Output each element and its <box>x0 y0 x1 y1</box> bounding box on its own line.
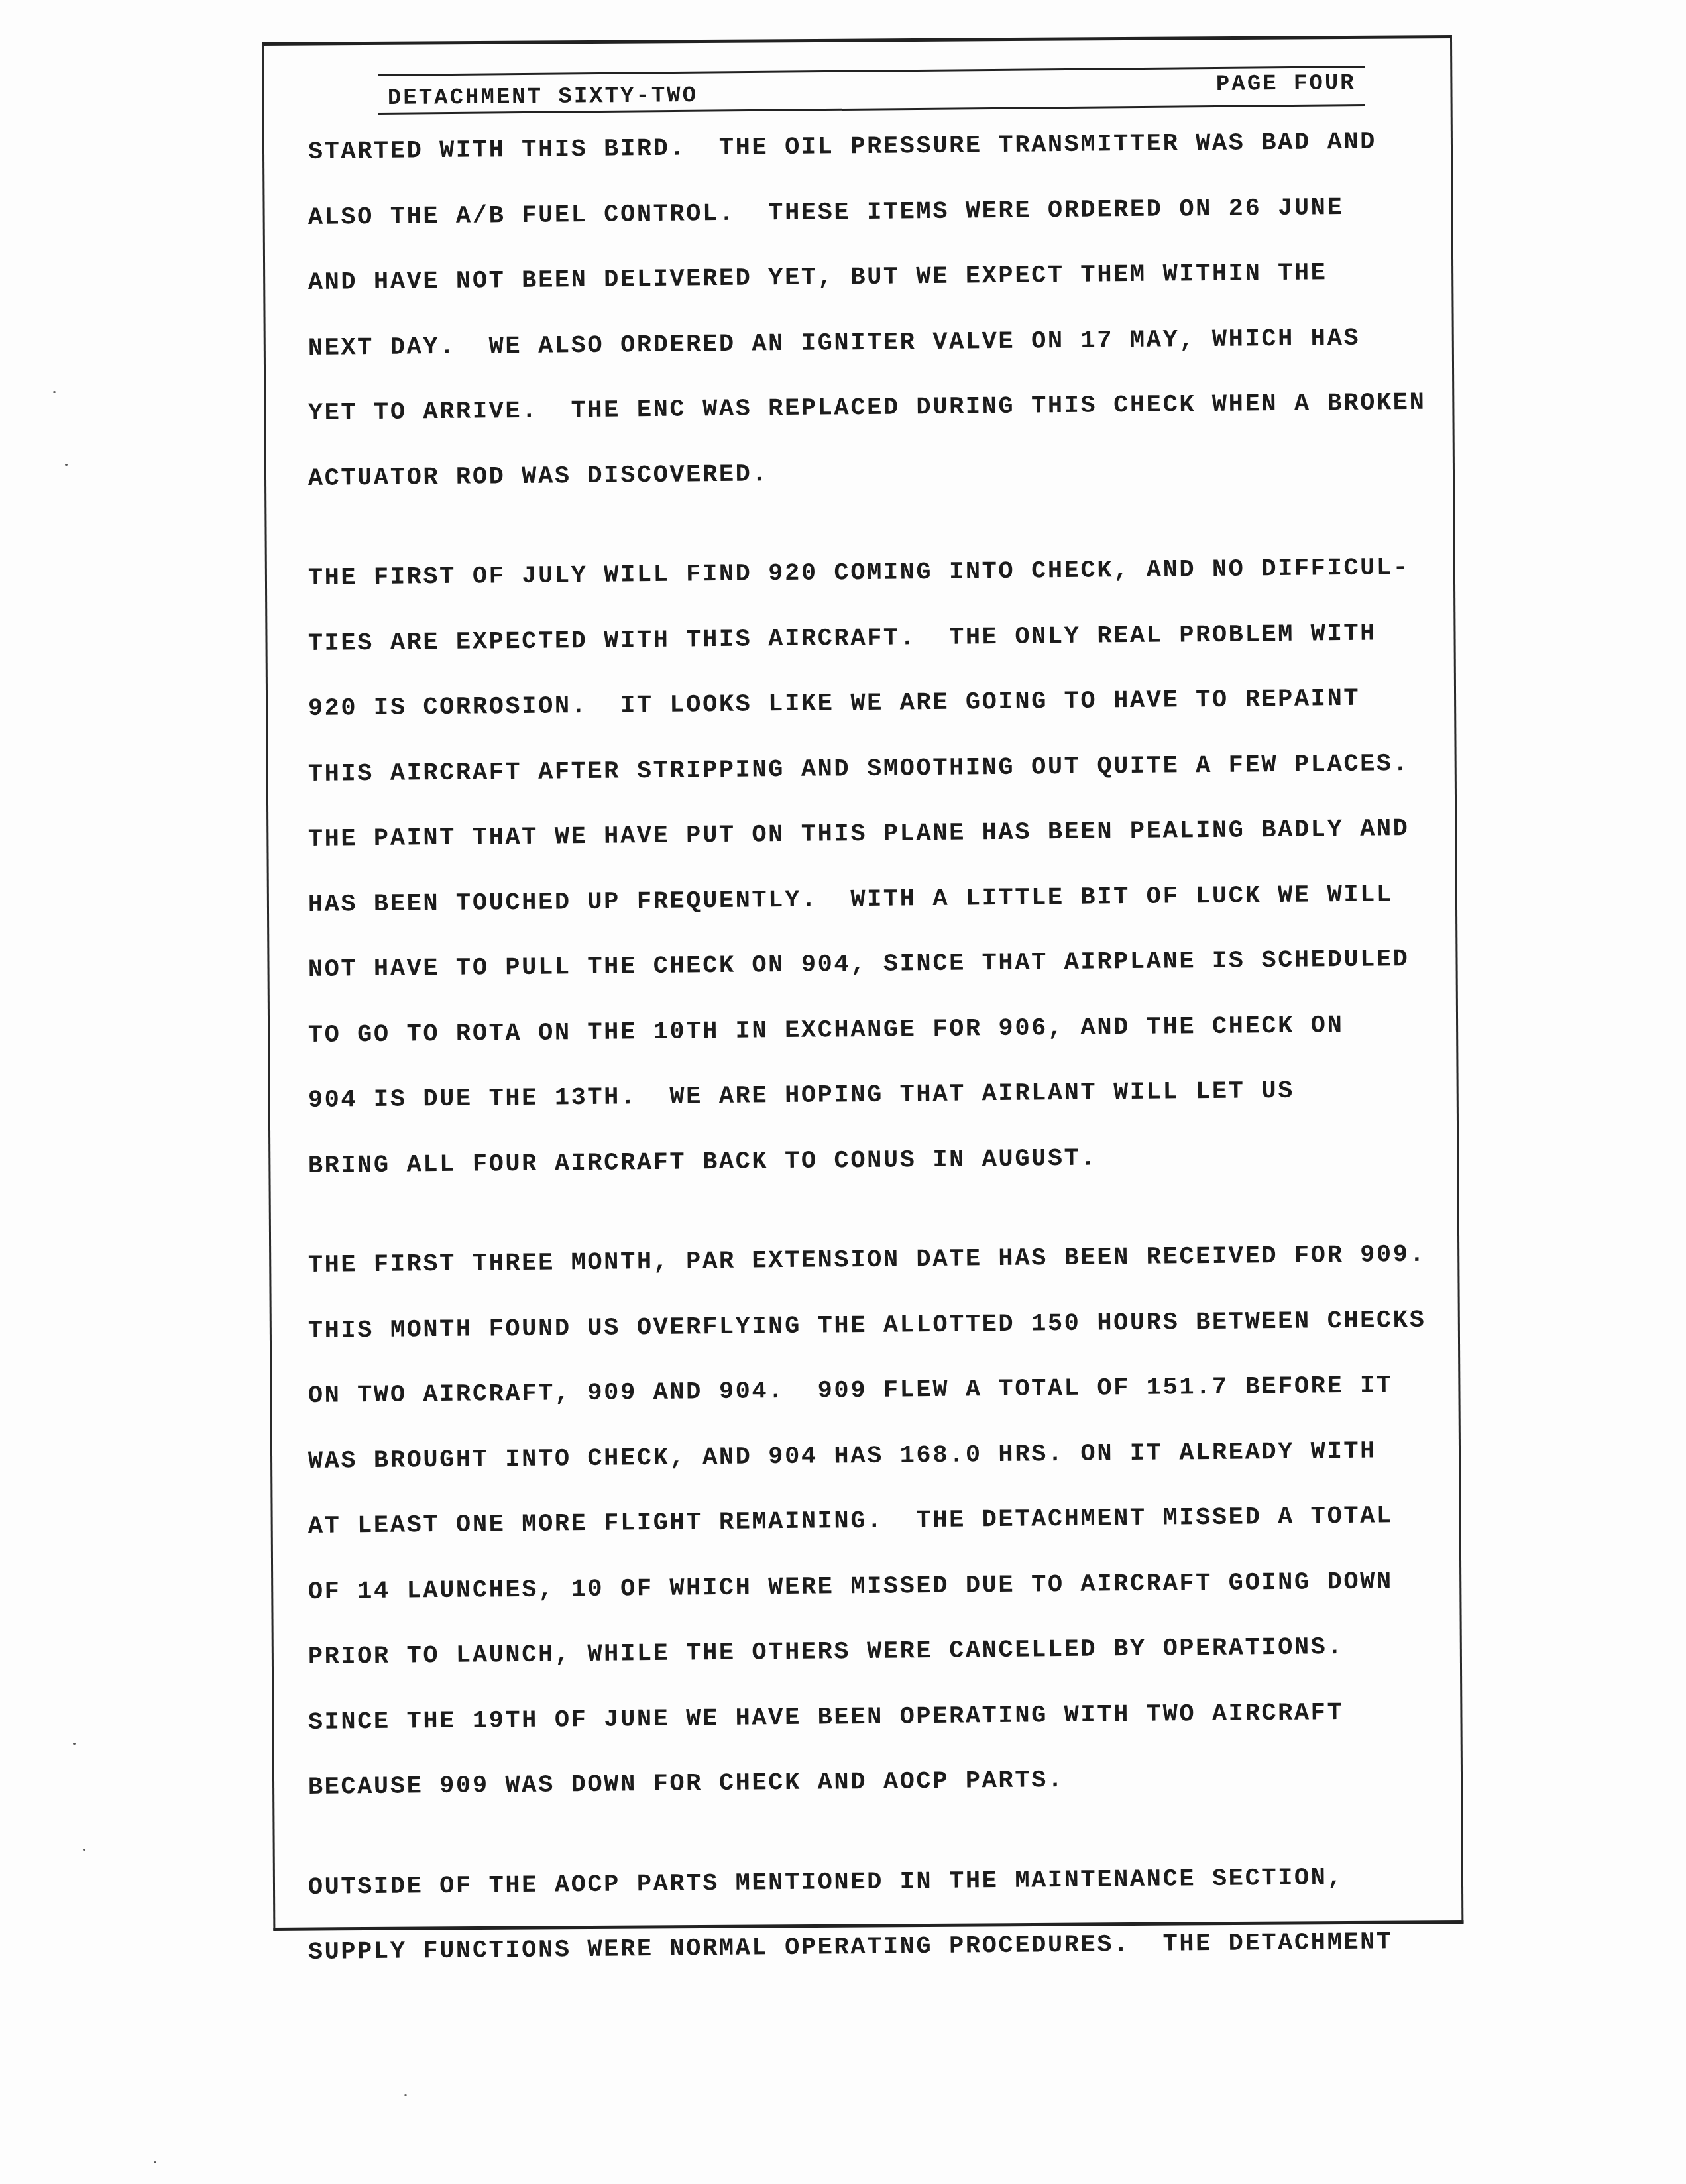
text-line: 920 IS CORROSION. IT LOOKS LIKE WE ARE G… <box>308 678 1449 754</box>
text-line: 904 IS DUE THE 13TH. WE ARE HOPING THAT … <box>308 1069 1449 1146</box>
scan-speck <box>154 2161 156 2163</box>
paragraph: THE FIRST THREE MONTH, PAR EXTENSION DAT… <box>308 1246 1448 1833</box>
running-header-title: DETACHMENT SIXTY-TWO <box>388 83 698 111</box>
text-line: HAS BEEN TOUCHED UP FREQUENTLY. WITH A L… <box>308 874 1449 950</box>
scan-speck <box>83 1849 85 1851</box>
text-line: THE PAINT THAT WE HAVE PUT ON THIS PLANE… <box>308 808 1449 885</box>
scan-speck <box>404 2094 407 2096</box>
text-line: THE FIRST THREE MONTH, PAR EXTENSION DAT… <box>308 1234 1449 1311</box>
text-line: AT LEAST ONE MORE FLIGHT REMAINING. THE … <box>308 1496 1449 1572</box>
text-line: THE FIRST OF JULY WILL FIND 920 COMING I… <box>308 547 1449 624</box>
text-line: TO GO TO ROTA ON THE 10TH IN EXCHANGE FO… <box>308 1005 1449 1081</box>
text-line: STARTED WITH THIS BIRD. THE OIL PRESSURE… <box>308 121 1449 197</box>
page-number-label: PAGE FOUR <box>1216 71 1356 97</box>
text-line: TIES ARE EXPECTED WITH THIS AIRCRAFT. TH… <box>308 613 1449 689</box>
scan-speck <box>73 1743 76 1745</box>
text-line: NOT HAVE TO PULL THE CHECK ON 904, SINCE… <box>308 939 1449 1015</box>
text-line: OF 14 LAUNCHES, 10 OF WHICH WERE MISSED … <box>308 1561 1449 1637</box>
text-line: SINCE THE 19TH OF JUNE WE HAVE BEEN OPER… <box>308 1692 1449 1768</box>
paragraph: STARTED WITH THIS BIRD. THE OIL PRESSURE… <box>308 133 1448 524</box>
text-line: THIS MONTH FOUND US OVERFLYING THE ALLOT… <box>308 1300 1449 1376</box>
text-line: PRIOR TO LAUNCH, WHILE THE OTHERS WERE C… <box>308 1626 1449 1702</box>
text-line: OUTSIDE OF THE AOCP PARTS MENTIONED IN T… <box>308 1857 1449 1933</box>
text-line: YET TO ARRIVE. THE ENC WAS REPLACED DURI… <box>308 382 1449 459</box>
text-line: AND HAVE NOT BEEN DELIVERED YET, BUT WE … <box>308 252 1449 328</box>
text-line: SUPPLY FUNCTIONS WERE NORMAL OPERATING P… <box>308 1922 1449 1998</box>
text-line: BECAUSE 909 WAS DOWN FOR CHECK AND AOCP … <box>308 1757 1449 1833</box>
text-line: BRING ALL FOUR AIRCRAFT BACK TO CONUS IN… <box>308 1135 1449 1211</box>
text-line: ON TWO AIRCRAFT, 909 AND 904. 909 FLEW A… <box>308 1365 1449 1441</box>
text-line: ACTUATOR ROD WAS DISCOVERED. <box>308 448 1449 524</box>
paragraph: THE FIRST OF JULY WILL FIND 920 COMING I… <box>308 559 1448 1211</box>
paragraph: OUTSIDE OF THE AOCP PARTS MENTIONED IN T… <box>308 1868 1448 1998</box>
text-line: NEXT DAY. WE ALSO ORDERED AN IGNITER VAL… <box>308 317 1449 394</box>
text-line: WAS BROUGHT INTO CHECK, AND 904 HAS 168.… <box>308 1431 1449 1507</box>
scan-speck <box>65 464 68 466</box>
scan-speck <box>53 391 56 393</box>
document-body: STARTED WITH THIS BIRD. THE OIL PRESSURE… <box>308 133 1448 2033</box>
text-line: ALSO THE A/B FUEL CONTROL. THESE ITEMS W… <box>308 187 1449 263</box>
text-line: THIS AIRCRAFT AFTER STRIPPING AND SMOOTH… <box>308 743 1449 820</box>
